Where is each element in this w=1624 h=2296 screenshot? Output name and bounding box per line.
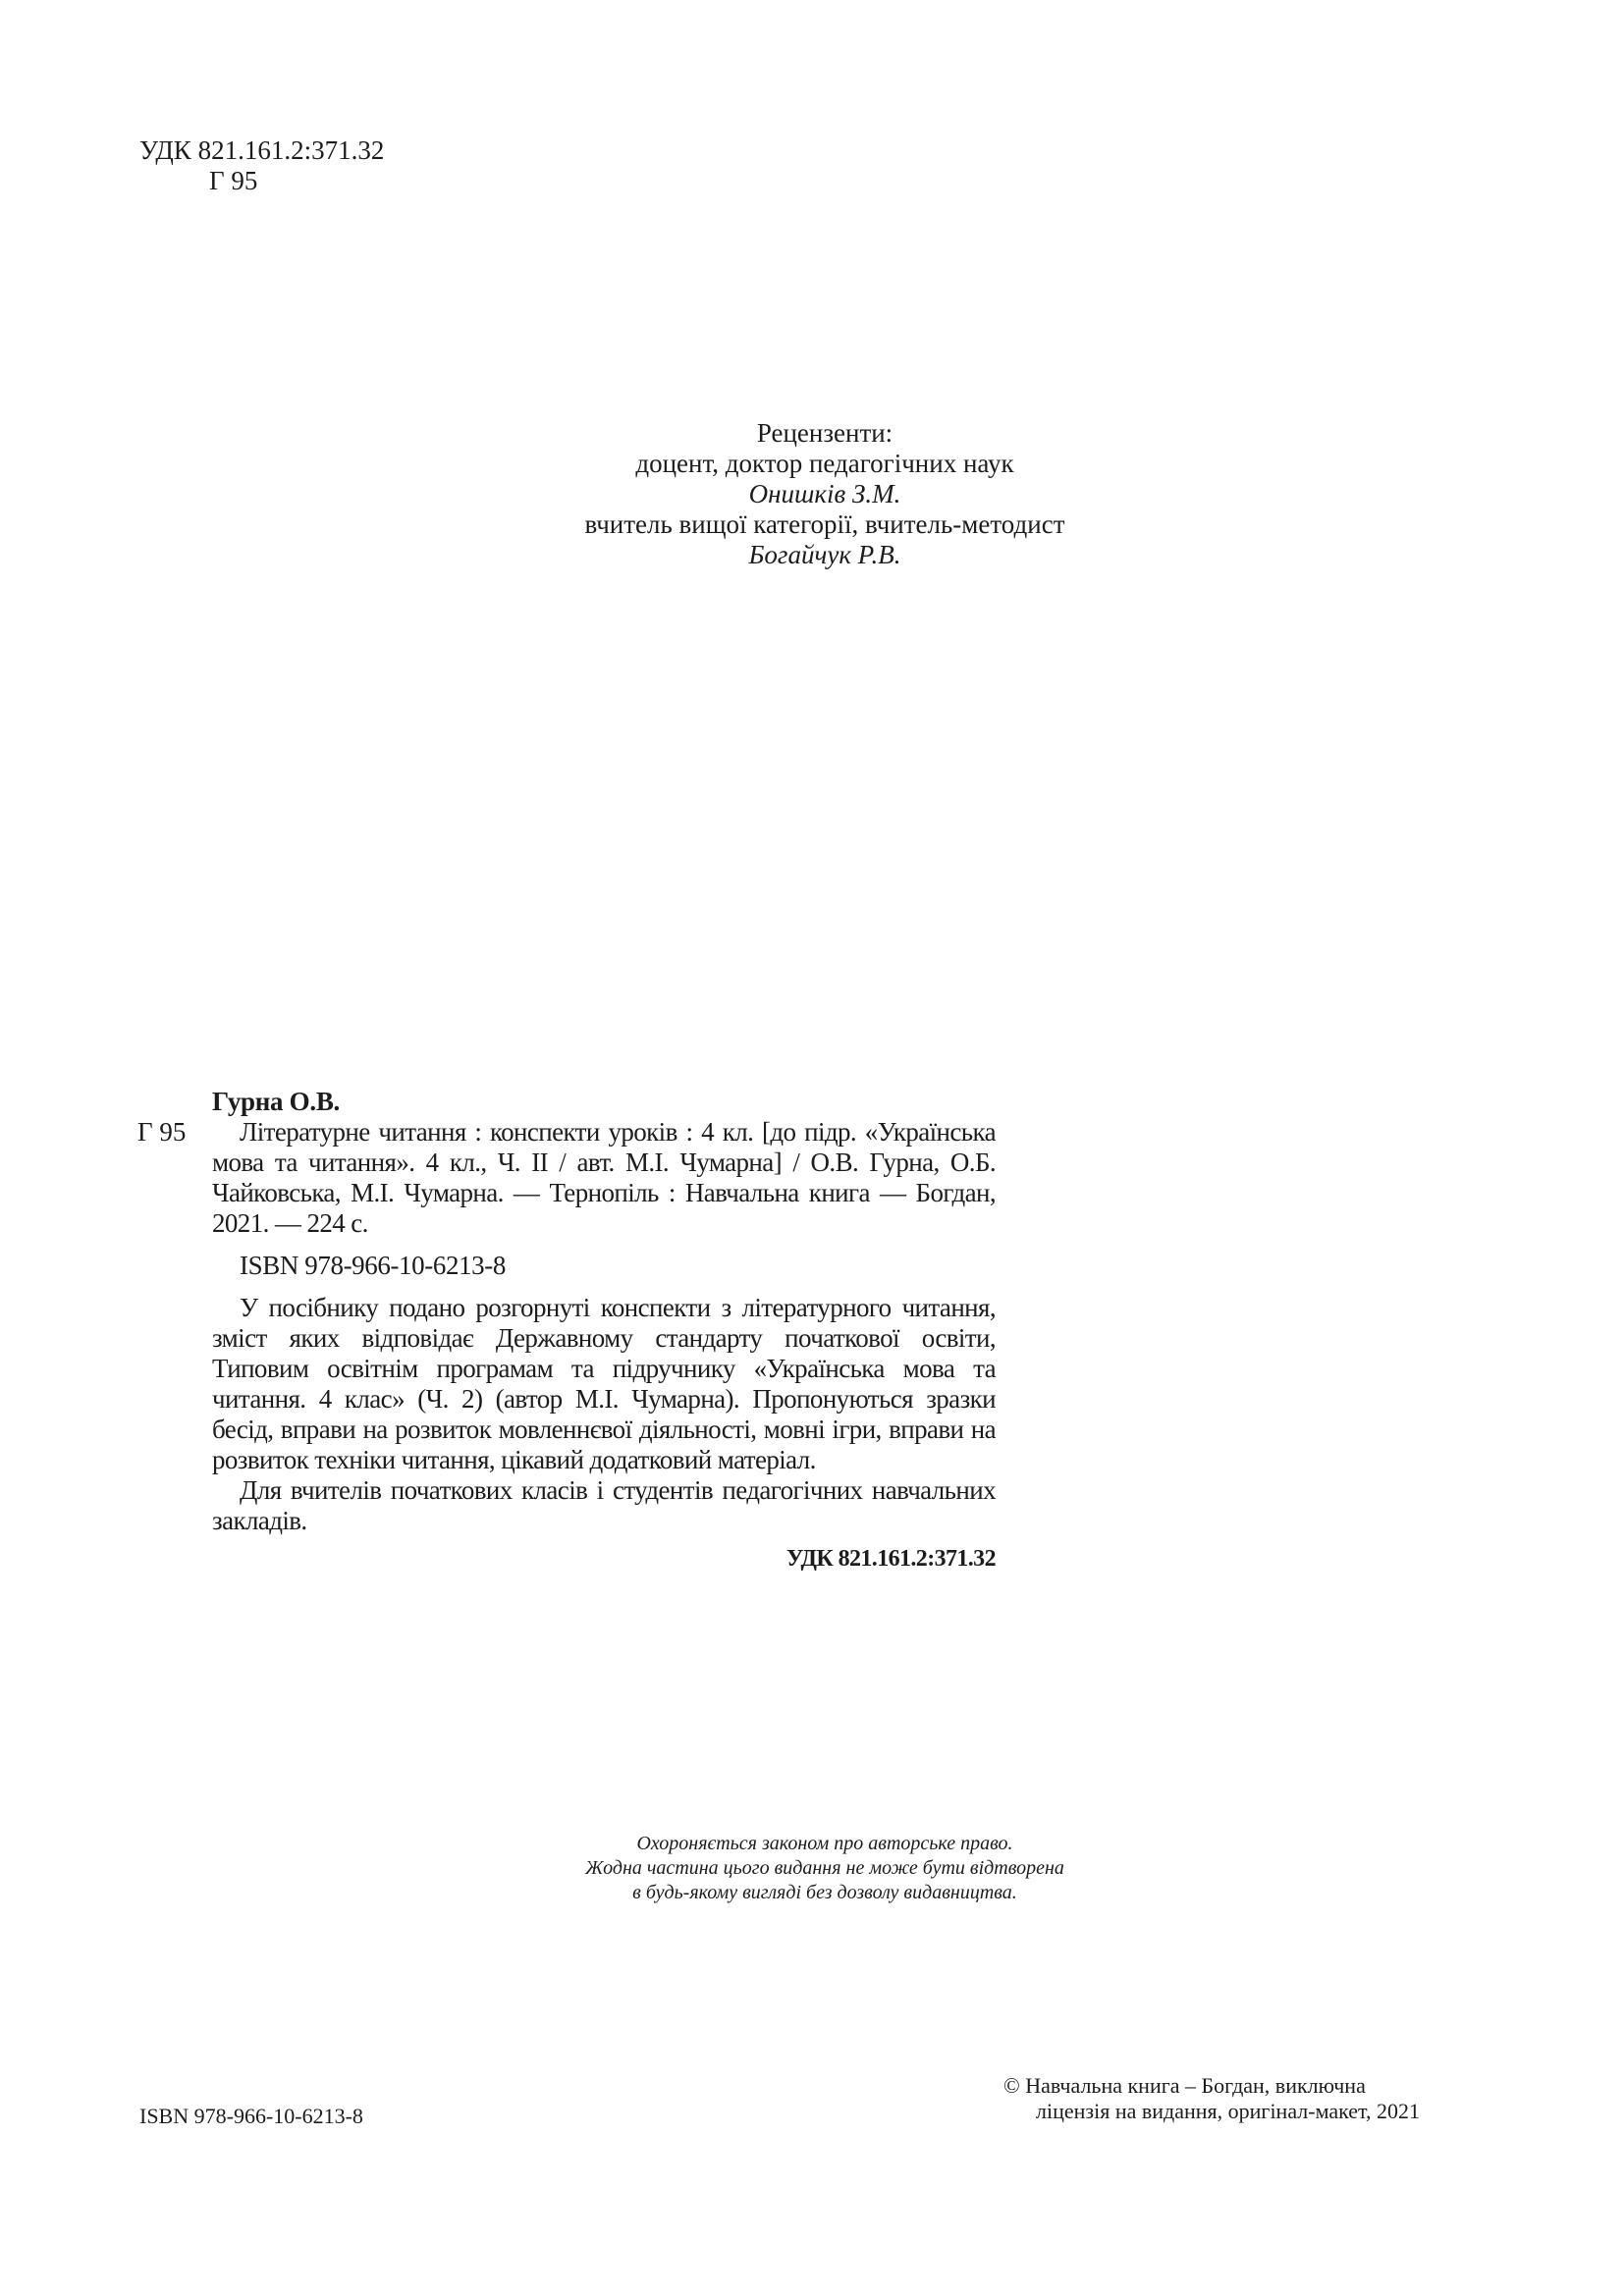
annotation-paragraph: Для вчителів початкових класів і студент… [212, 1475, 996, 1536]
card-author: Гурна О.В. [137, 1087, 1001, 1117]
annotation-paragraph: У посібнику подано розгорнуті конспекти … [212, 1293, 996, 1475]
rights-line: ліцензія на видання, оригінал-макет, 202… [1003, 2099, 1420, 2124]
card-isbn: ISBN 978-966-10-6213-8 [240, 1251, 1001, 1281]
cutter-code: Г 95 [139, 166, 384, 196]
reviewer-name: Онишків З.М. [422, 479, 1227, 509]
catalog-card: Гурна О.В. Г 95 Літературне читання : ко… [137, 1087, 1001, 1575]
udk-code: УДК 821.161.2:371.32 [139, 135, 384, 166]
notice-line: Жодна частина цього видання не може бути… [422, 1856, 1227, 1881]
card-entry-row: Г 95 Літературне читання : конспекти уро… [137, 1117, 1001, 1239]
publisher-rights: © Навчальна книга – Богдан, виключна ліц… [1003, 2073, 1420, 2124]
card-entry: Літературне читання : конспекти уроків :… [212, 1117, 996, 1239]
card-annotation: У посібнику подано розгорнуті конспекти … [212, 1293, 996, 1536]
reviewers-block: Рецензенти: доцент, доктор педагогічних … [422, 418, 1227, 570]
copyright-notice: Охороняється законом про авторське право… [422, 1832, 1227, 1905]
rights-line: © Навчальна книга – Богдан, виключна [1003, 2073, 1420, 2099]
reviewer-name: Богайчук Р.В. [422, 540, 1227, 570]
card-udk: УДК 821.161.2:371.32 [212, 1544, 996, 1575]
reviewer-position: доцент, доктор педагогічних наук [422, 449, 1227, 479]
reviewer-position: вчитель вищої категорії, вчитель-методис… [422, 509, 1227, 540]
footer-isbn: ISBN 978-966-10-6213-8 [139, 2104, 363, 2129]
card-cutter: Г 95 [137, 1117, 186, 1148]
notice-line: Охороняється законом про авторське право… [422, 1832, 1227, 1856]
reviewers-title: Рецензенти: [422, 418, 1227, 449]
notice-line: в будь-якому вигляді без дозволу видавни… [422, 1881, 1227, 1905]
udk-header: УДК 821.161.2:371.32 Г 95 [139, 135, 384, 196]
